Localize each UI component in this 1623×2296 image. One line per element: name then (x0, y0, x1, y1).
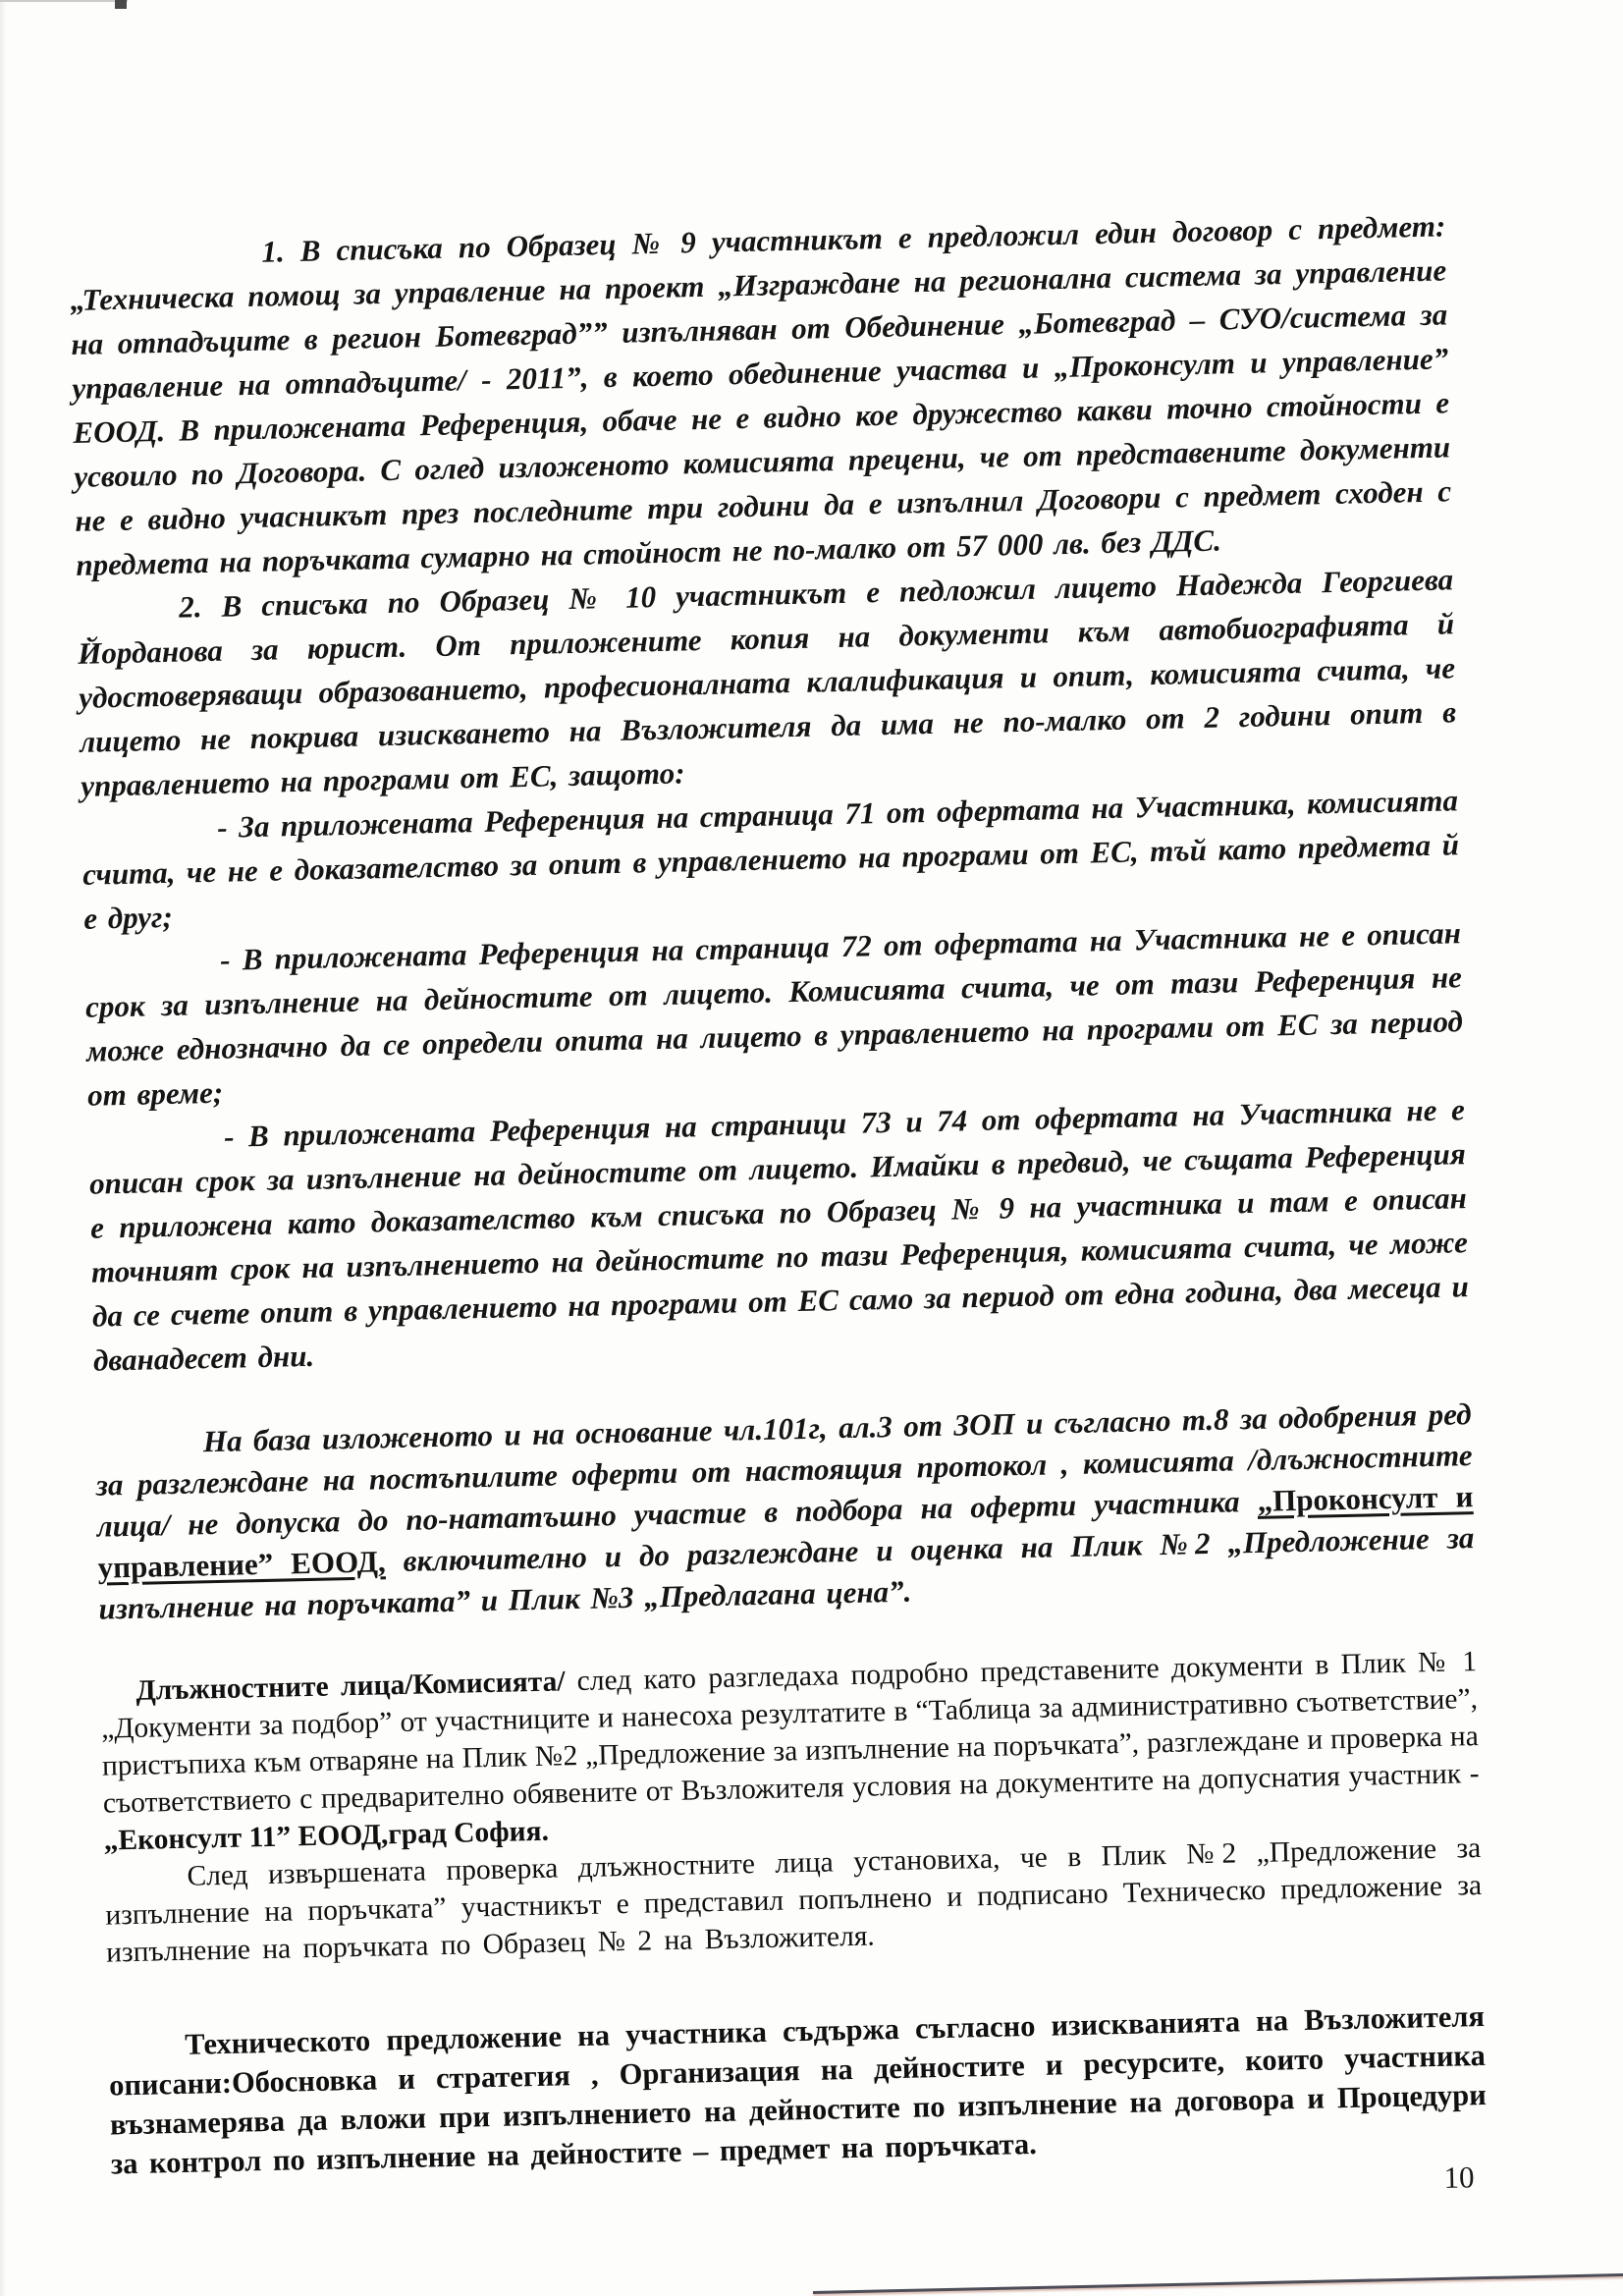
decision-lead-text: На база изложеното и на основание чл.101… (95, 1396, 1472, 1544)
scan-top-tick-artifact (115, 0, 127, 9)
scanned-document-page: 1. В списъка по Образец № 9 участникът е… (0, 0, 1623, 2296)
scan-top-hairline-artifact (0, 0, 128, 2)
paragraph-expert-list: 2. В списъка по Образец № 10 участникът … (77, 557, 1458, 808)
paragraph-envelope-review: Длъжностните лица/Комисията/ след като р… (100, 1643, 1481, 1860)
paragraph-contract-reference: 1. В списъка по Образец № 9 участникът е… (69, 203, 1453, 586)
document-content: 1. В списъка по Образец № 9 участникът е… (69, 203, 1488, 2224)
scan-left-edge-artifact (0, 0, 6, 2296)
bullet-reference-pages-73-74: - В приложената Референция на страници 7… (88, 1087, 1471, 1383)
bullet-reference-page-72: - В приложената Референция на страница 7… (84, 910, 1465, 1118)
paragraph-exclusion-decision: На база изложеното и на основание чл.101… (94, 1394, 1475, 1630)
paragraph-technical-proposal: Техническото предложение на участника съ… (108, 1996, 1488, 2184)
commission-officials-label: Длъжностните лица/Комисията/ (135, 1666, 566, 1707)
scan-bottom-diagonal-line-artifact (813, 2273, 1623, 2294)
